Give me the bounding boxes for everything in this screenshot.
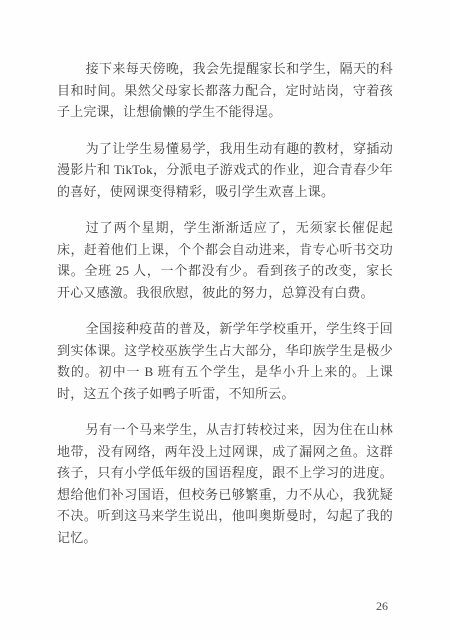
paragraph-3: 过了两个星期，学生渐渐适应了，无须家长催促起床，赶着他们上课，个个都会自动进来，…: [57, 217, 393, 303]
paragraph-2: 为了让学生易懂易学，我用生动有趣的教材，穿插动漫影片和 TikTok，分派电子游…: [57, 138, 393, 203]
paragraph-5: 另有一个马来学生，从吉打转校过来，因为住在山林地带，没有网络，两年没上过网课，成…: [57, 419, 393, 548]
paragraph-4: 全国接种疫苗的普及，新学年学校重开，学生终于回到实体课。这学校巫族学生占大部分，…: [57, 318, 393, 404]
paragraph-1: 接下来每天傍晚，我会先提醒家长和学生，隔天的科目和时间。果然父母家长都落力配合，…: [57, 58, 393, 123]
page-number: 26: [376, 599, 388, 614]
text-block: 接下来每天傍晚，我会先提醒家长和学生，隔天的科目和时间。果然父母家长都落力配合，…: [57, 58, 393, 563]
document-page: 接下来每天傍晚，我会先提醒家长和学生，隔天的科目和时间。果然父母家长都落力配合，…: [0, 0, 450, 640]
